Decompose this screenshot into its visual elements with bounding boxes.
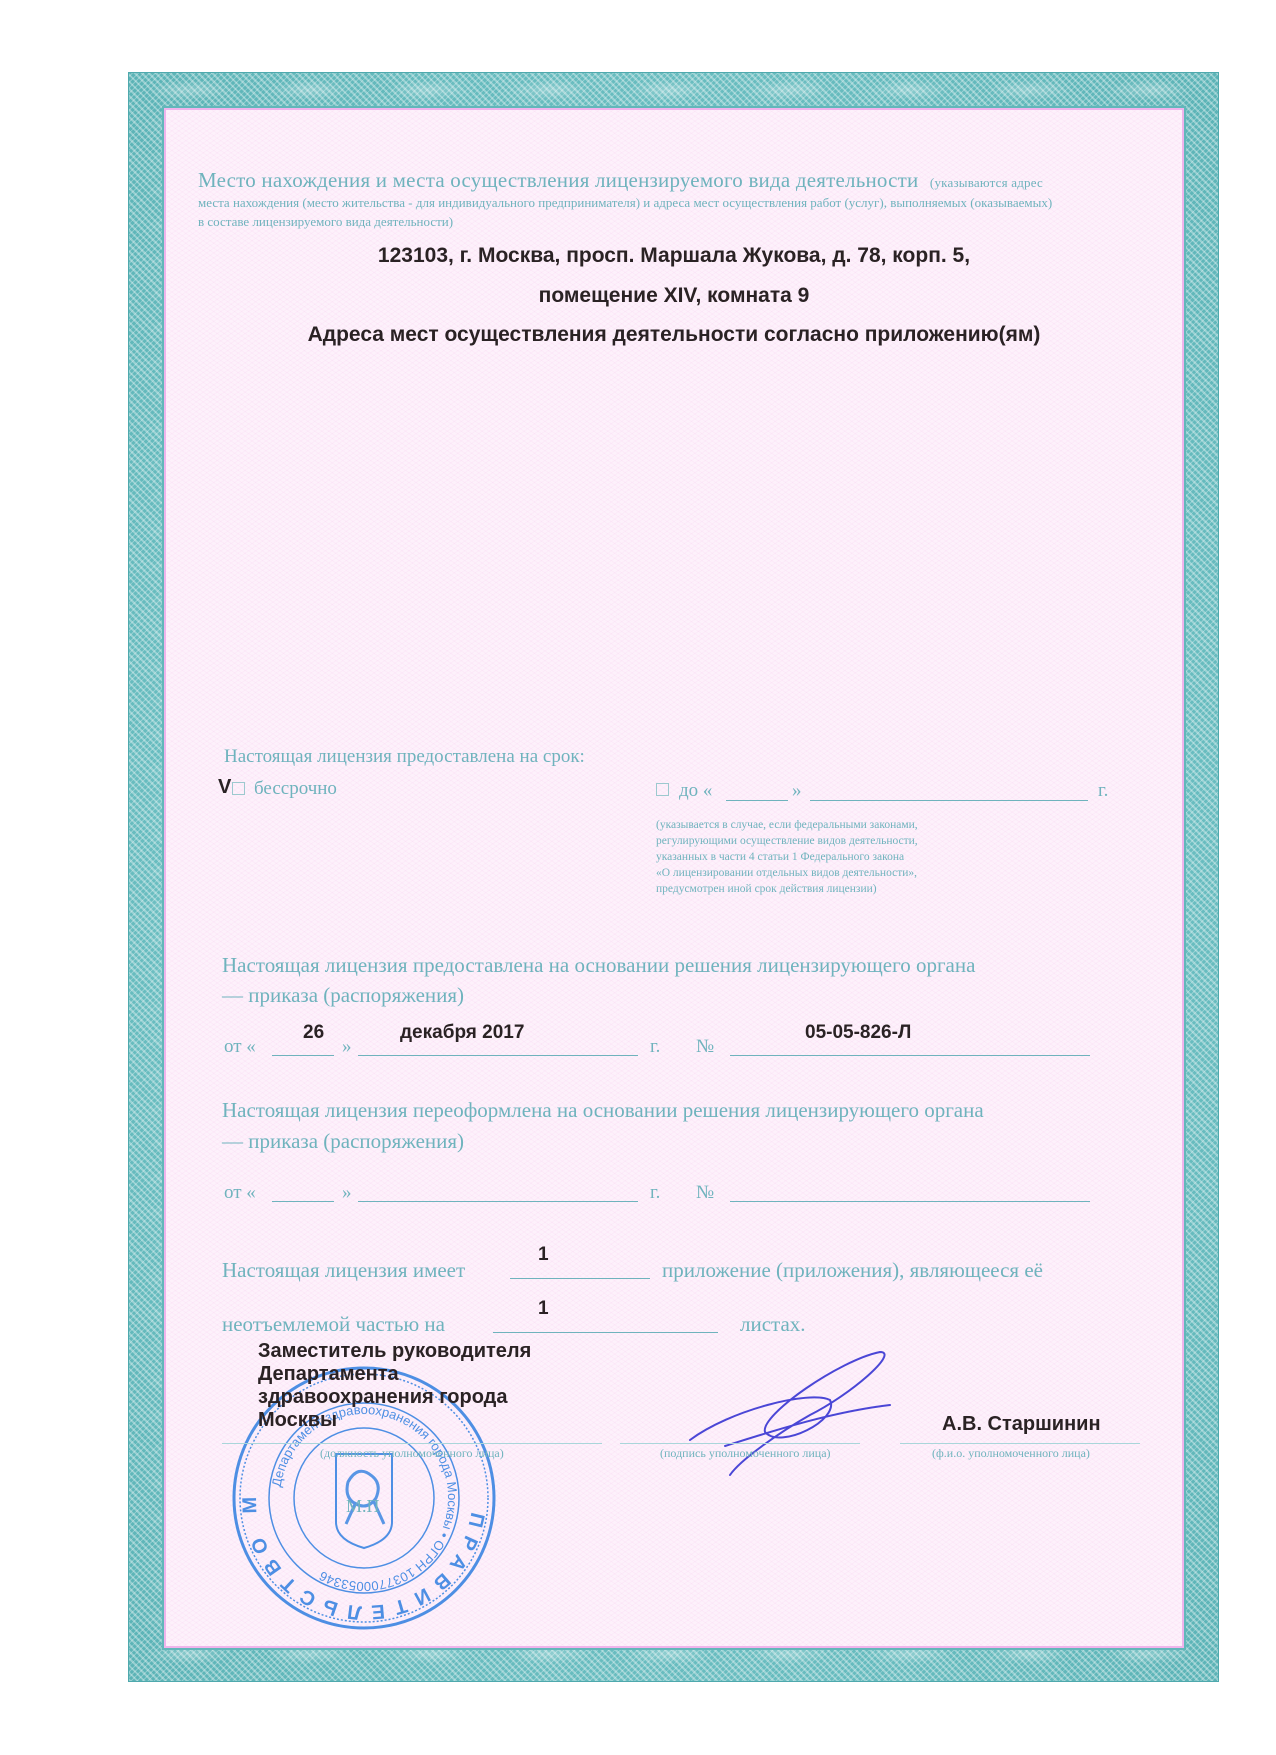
until-note: (указывается в случае, если федеральными… — [656, 817, 918, 897]
address-line-3: Адреса мест осуществления деятельности с… — [164, 323, 1184, 347]
grant-day: 26 — [303, 1022, 324, 1044]
reissue-number-label: № — [696, 1182, 714, 1204]
position-title: Заместитель руководителя Департамента зд… — [258, 1340, 531, 1432]
grant-line-1: Настоящая лицензия предоставлена на осно… — [222, 953, 975, 978]
appendix-line2-suffix: листах. — [740, 1312, 806, 1337]
reissue-number-field[interactable] — [730, 1201, 1090, 1202]
grant-number: 05-05-826-Л — [805, 1022, 911, 1044]
appendix-line1-prefix-text: Настоящая лицензия имеет — [222, 1258, 465, 1283]
sheet-count-field[interactable] — [493, 1332, 718, 1333]
grant-number-field[interactable] — [730, 1055, 1090, 1056]
sheet-count: 1 — [538, 1298, 549, 1320]
term-heading: Настоящая лицензия предоставлена на срок… — [224, 746, 585, 768]
until-checkbox[interactable] — [656, 783, 669, 796]
until-day-field[interactable] — [726, 800, 788, 801]
appendix-line2-prefix: неотъемлемой частью на — [222, 1312, 445, 1337]
location-note-line1: (указываются адрес — [930, 175, 1043, 190]
grant-day-field[interactable] — [272, 1055, 334, 1056]
grant-from-label: от « — [224, 1036, 256, 1058]
grant-line-2: — приказа (распоряжения) — [222, 983, 464, 1008]
position-caption: (должность уполномоченного лица) — [320, 1446, 504, 1461]
reissue-line-1: Настоящая лицензия переоформлена на осно… — [222, 1098, 984, 1123]
reissue-year-suffix: г. — [650, 1182, 660, 1204]
reissue-from-label: от « — [224, 1182, 256, 1204]
unlimited-checkbox[interactable] — [232, 782, 245, 795]
until-prefix: до « — [679, 780, 712, 802]
reissue-day-field[interactable] — [272, 1201, 334, 1202]
location-note-line2: места нахождения (место жительства - для… — [198, 195, 1052, 211]
appendix-line1-suffix: приложение (приложения), являющееся её — [662, 1258, 1043, 1283]
appendix-count: 1 — [538, 1244, 549, 1266]
address-line-1: 123103, г. Москва, просп. Маршала Жукова… — [164, 244, 1184, 268]
position-line — [222, 1443, 602, 1444]
until-quote-close: » — [792, 780, 802, 802]
reissue-month-year-field[interactable] — [358, 1201, 638, 1202]
grant-year-suffix: г. — [650, 1036, 660, 1058]
until-month-year-field[interactable] — [810, 800, 1088, 801]
unlimited-label: бессрочно — [254, 778, 337, 800]
reissue-line-2: — приказа (распоряжения) — [222, 1129, 464, 1154]
address-line-2: помещение XIV, комната 9 — [164, 284, 1184, 308]
appendix-count-field[interactable] — [510, 1278, 650, 1279]
grant-month-year-field[interactable] — [358, 1055, 638, 1056]
name-line — [900, 1443, 1140, 1444]
grant-month-year: декабря 2017 — [400, 1022, 524, 1044]
svg-text:М.П: М.П — [346, 1496, 380, 1516]
location-note-line3: в составе лицензируемого вида деятельнос… — [198, 214, 453, 230]
signature-caption: (подпись уполномоченного лица) — [660, 1446, 831, 1461]
grant-quote-close: » — [342, 1036, 352, 1058]
location-heading: Место нахождения и места осуществления л… — [198, 168, 1043, 193]
name-caption: (ф.и.о. уполномоченного лица) — [932, 1446, 1090, 1461]
until-year-suffix: г. — [1098, 780, 1108, 802]
unlimited-check-mark: V — [218, 776, 231, 799]
reissue-quote-close: » — [342, 1182, 352, 1204]
grant-number-label: № — [696, 1036, 714, 1058]
signatory-name: А.В. Старшинин — [942, 1413, 1101, 1436]
signature-line — [620, 1443, 860, 1444]
